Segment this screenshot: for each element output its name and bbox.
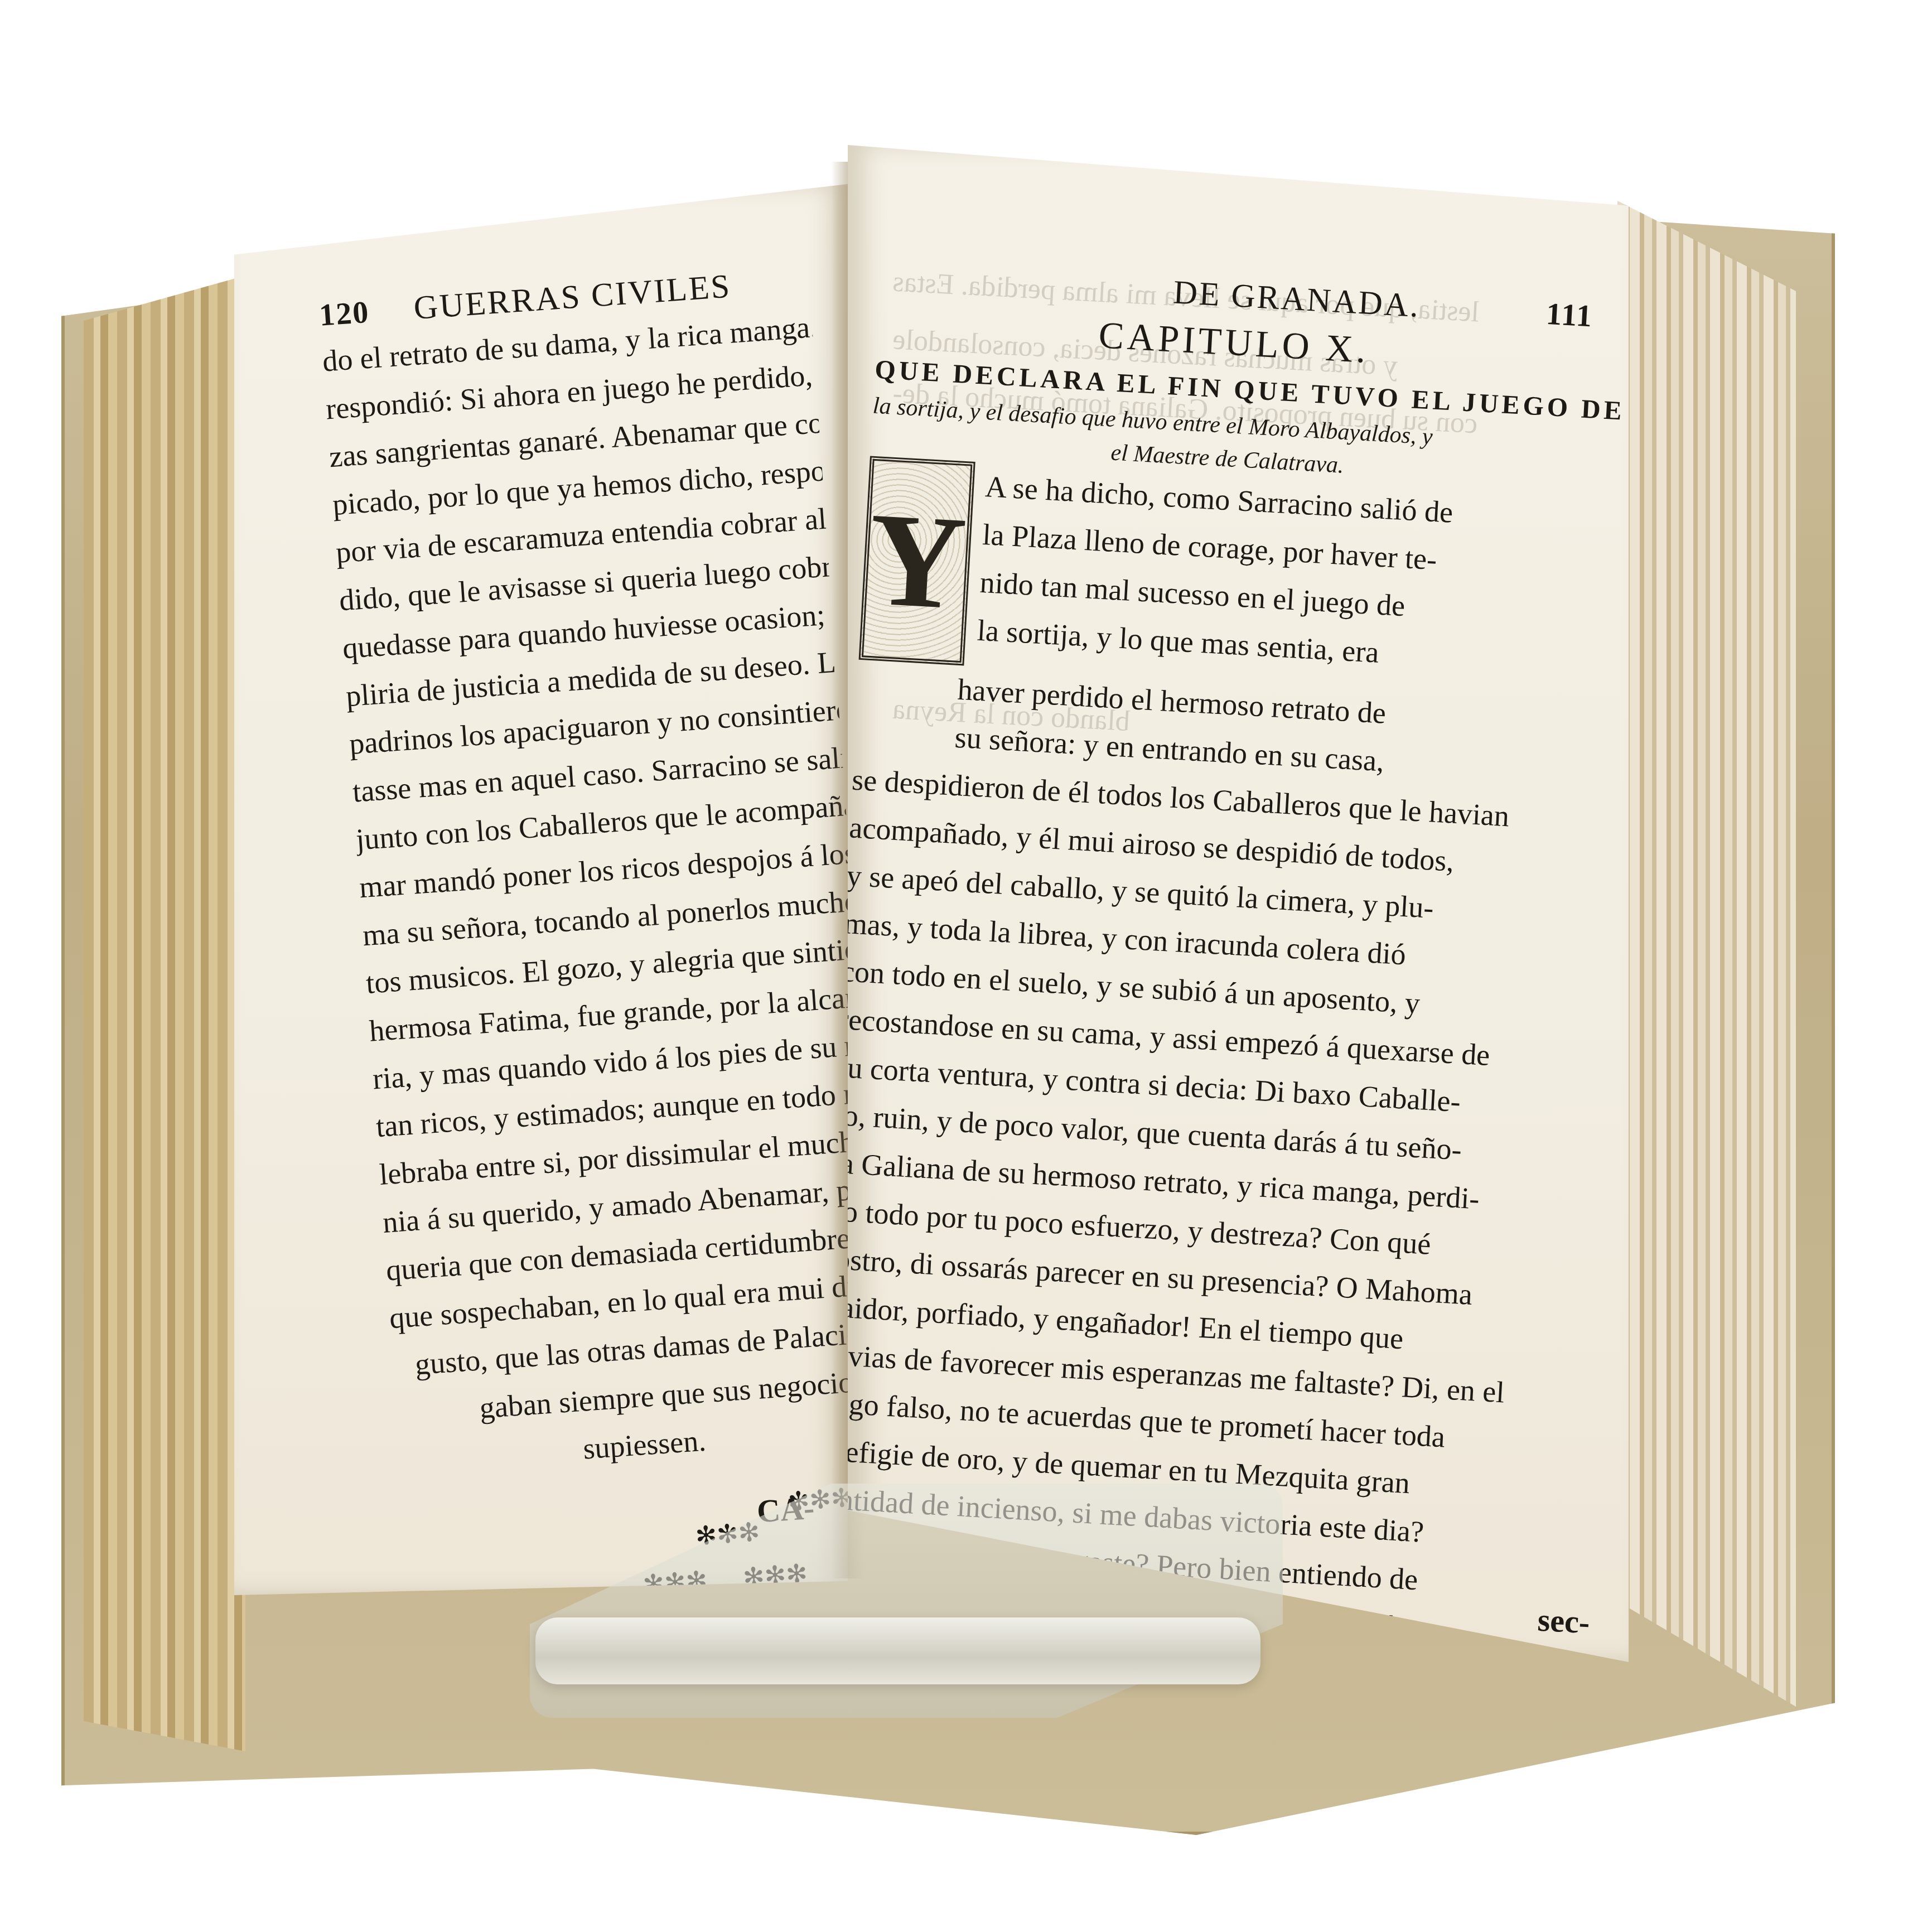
right-page: lestia, que por aqui se lleva mi alma pe… <box>848 145 1629 1662</box>
decorated-initial-y: Y <box>859 456 975 665</box>
book-photo: 120 GUERRAS CIVILES do el retrato de su … <box>0 0 1932 1932</box>
left-page-number: 120 <box>318 294 370 334</box>
book-stand-bar <box>535 1617 1260 1684</box>
left-page-edges <box>84 245 245 1751</box>
right-catchword: sec- <box>1537 1601 1591 1641</box>
dropcap-paragraph: Y A se ha dicho, como Sarracino salió de… <box>859 456 1583 699</box>
right-page-number: 111 <box>1545 296 1594 335</box>
right-page-edges <box>1617 201 1796 1707</box>
left-page: 120 GUERRAS CIVILES do el retrato de su … <box>234 184 848 1595</box>
right-head-title: DE GRANADA. <box>1172 273 1421 325</box>
